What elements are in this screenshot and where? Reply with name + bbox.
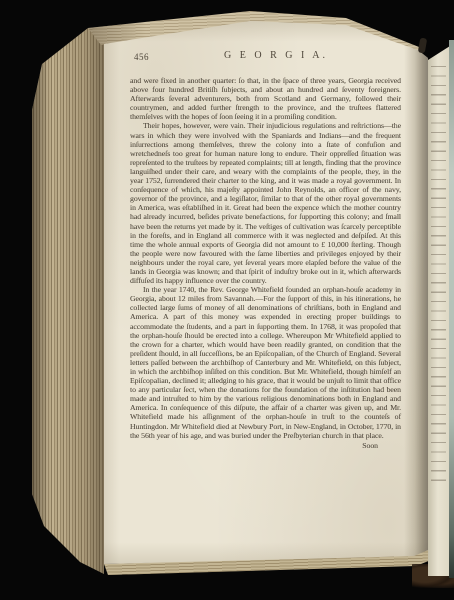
- running-title: G E O R G I A.: [201, 50, 351, 61]
- page-number: 456: [134, 52, 149, 62]
- next-page-text-fragments: [431, 66, 446, 486]
- page-edge-highlight-right: [449, 40, 454, 578]
- paragraph-whitefield: In the year 1740, the Rev. George Whitef…: [130, 285, 401, 440]
- catchword: Soon: [130, 441, 401, 450]
- paragraph-their-hopes: Their hopes, however, were vain. Their i…: [130, 121, 401, 285]
- page-edges-fore-edge: [30, 28, 108, 576]
- gutter-shadow: [404, 14, 428, 570]
- paragraph-continuation: and were fixed in another quarter: ſo th…: [130, 76, 401, 121]
- next-page-sliver: [428, 44, 450, 576]
- photograph-background: 456 G E O R G I A. and were fixed in ano…: [0, 0, 454, 600]
- book-page: 456 G E O R G I A. and were fixed in ano…: [96, 14, 428, 570]
- binding-notch: [418, 38, 427, 54]
- page-text-block: and were fixed in another quarter: ſo th…: [130, 76, 401, 450]
